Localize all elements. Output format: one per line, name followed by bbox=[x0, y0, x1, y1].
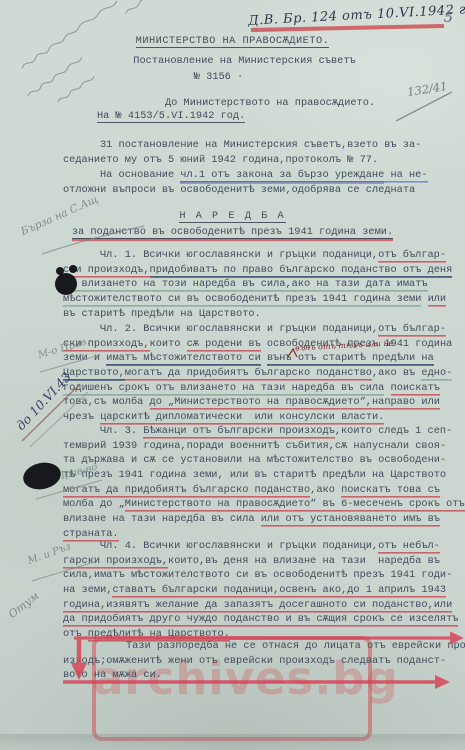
typed-text-segment: да придобиятъ друго чуждо поданство и въ… bbox=[63, 613, 458, 625]
typed-text-segment: Чл. 4. Всички югославянски и гръцки пода… bbox=[100, 540, 378, 552]
typed-paragraph: 31 постановление на Министерския съветъ,… bbox=[63, 138, 463, 167]
typed-text-segment: едно- bbox=[421, 367, 452, 379]
typed-text-segment: темврий 1939 година,поради военнитѣ съби… bbox=[63, 440, 446, 452]
gazette-handwritten-note: Д.В. Бр. 124 отъ 10.VI.1942 г. bbox=[248, 2, 465, 29]
typed-text-segment: ставатъ български поданици,освенъ ако,до… bbox=[112, 584, 446, 596]
typed-line: молба до „Министерството на правосѫдието… bbox=[63, 497, 463, 512]
typed-text-segment: царскитѣ дипломатически или консулски вл… bbox=[100, 411, 384, 423]
typed-text-segment: придобиватъ по право българско поданство… bbox=[150, 264, 453, 276]
document-page: archives.bg МИНИСТЕРСТВО НА ПРАВОСѪДИЕТО… bbox=[0, 0, 465, 750]
otum-margin-note: Отум bbox=[6, 589, 42, 621]
typed-text-segment: ,ако bbox=[310, 484, 341, 496]
typed-line: Чл. 1. Всички югославянски и гръцки пода… bbox=[63, 248, 463, 263]
typed-text-segment: на влизането на този наредба въ сила,ако… bbox=[63, 278, 428, 290]
typed-line: гарски произходъ,които,въ деня на влизан… bbox=[63, 554, 463, 569]
typed-line: седанието му отъ 5 юний 1942 година,прот… bbox=[63, 153, 463, 168]
typed-line: Чл. 2. Всички югославянски и гръцки пода… bbox=[63, 322, 463, 337]
typed-line: мѣстожителството си въ освободенитѣ през… bbox=[63, 292, 463, 307]
typed-text-segment: които,въ деня на влизане на тази наредба… bbox=[168, 555, 440, 567]
typed-text-segment: които bbox=[150, 338, 187, 350]
typed-line: чрезъ царскитѣ дипломатически или консул… bbox=[63, 410, 463, 425]
reference-text: На № 4153/5.VI.1942 год. bbox=[97, 110, 245, 122]
typed-text-segment: Министерството на правосѫдието“ въ 6-мес… bbox=[125, 498, 465, 510]
typed-line: Чл. 4. Всички югославянски и гръцки пода… bbox=[63, 539, 463, 554]
ministry-title-text: МИНИСТЕРСТВО НА ПРАВОСѪДИЕТО. bbox=[136, 35, 330, 47]
typed-line: Тази разпоредба не се отнася до лицата о… bbox=[63, 639, 463, 654]
typed-text-segment: ,които следъ 1 сеп- bbox=[335, 425, 452, 437]
typed-line: година,изявятъ желание да запазятъ досег… bbox=[63, 598, 463, 613]
typed-text-segment: Бѣжанци отъ български произходъ bbox=[143, 425, 335, 437]
typed-text-segment: отъ българ- bbox=[378, 323, 446, 335]
typed-text-segment: отложни въпроси въ освободенитѣ земи,одо… bbox=[63, 184, 415, 196]
typed-text-segment: отъ българ- bbox=[378, 249, 446, 261]
typed-line: та държава и сѫ се установили на мѣстожи… bbox=[63, 453, 463, 468]
typed-text-segment: сѫ родени въ bbox=[187, 338, 261, 350]
typed-line: сила,иматъ мѣстожителството си въ освобо… bbox=[63, 568, 463, 583]
typed-text-segment: сила,иматъ мѣстожителството си въ освобо… bbox=[63, 569, 452, 581]
typed-text-segment: чл.1 отъ закона за бързо уреждане bbox=[180, 169, 384, 181]
typed-text-segment bbox=[261, 352, 267, 364]
typed-text-segment: на земи, bbox=[63, 584, 112, 596]
typed-line: тѣ презъ 1941 година земи, или въ старит… bbox=[63, 468, 463, 483]
decree-number: № 3156 · bbox=[0, 71, 451, 83]
reference-line: На № 4153/5.VI.1942 год. bbox=[97, 110, 245, 122]
typed-line: На основание чл.1 отъ закона за бързо ур… bbox=[63, 168, 463, 183]
typed-text-segment: до „Министерството на правосѫдието“,напр… bbox=[150, 396, 440, 408]
typed-paragraph: Чл. 2. Всички югославянски и гръцки пода… bbox=[63, 322, 463, 425]
typed-text-segment bbox=[421, 293, 427, 305]
ministry-title: МИНИСТЕРСТВО НА ПРАВОСѪДИЕТО. bbox=[0, 35, 465, 47]
typed-text-segment: на не- bbox=[384, 169, 427, 181]
typed-line: на земи,ставатъ български поданици,освен… bbox=[63, 583, 463, 598]
naredba-heading-text: Н А Р Е Д Б А bbox=[179, 210, 285, 222]
scan-shadow-band bbox=[0, 734, 465, 750]
typed-text-segment: или отъ установяването имъ въ bbox=[261, 513, 440, 525]
typed-line: ски произходъ,които сѫ родени въ освобод… bbox=[63, 337, 463, 352]
typed-text-segment: страната. bbox=[63, 528, 119, 540]
typed-line: отложни въпроси въ освободенитѣ земи,одо… bbox=[63, 183, 463, 198]
typed-text-segment: отъ небъл- bbox=[378, 540, 440, 552]
typed-text-segment: въ старитѣ предѣли на Царството. bbox=[63, 308, 261, 320]
typed-text-segment: На основание bbox=[100, 169, 180, 181]
typed-text-segment: молба до „ bbox=[63, 498, 125, 510]
typed-line: Чл. 3. Бѣжанци отъ български произходъ,к… bbox=[63, 424, 463, 439]
typed-line: на влизането на този наредба въ сила,ако… bbox=[63, 277, 463, 292]
typed-text-segment: тѣ презъ 1941 година земи, или въ старит… bbox=[63, 469, 446, 481]
naredba-subtitle: за поданство въ освободенитѣ презъ 1941 … bbox=[0, 226, 465, 238]
typed-text-segment: могатъ да придобиятъ българско поданство bbox=[63, 484, 310, 496]
typed-text-segment: това,съ молба bbox=[63, 396, 150, 408]
typed-paragraph: Чл. 3. Бѣжанци отъ български произходъ,к… bbox=[63, 424, 463, 542]
typed-line: могатъ да придобиятъ българско поданство… bbox=[63, 483, 463, 498]
addressee-line: До Министерството на правосѫдието. bbox=[165, 97, 375, 109]
typed-line: годишенъ срокъ отъ влизането на тази нар… bbox=[63, 381, 463, 396]
typed-line: ски произходъ,придобиватъ по право бълга… bbox=[63, 263, 463, 278]
typed-text-segment: та държава и сѫ се установили на мѣстожи… bbox=[63, 454, 446, 466]
typed-text-segment: година,изявятъ желание да запазятъ досег… bbox=[63, 599, 452, 611]
typed-paragraph: Чл. 1. Всички югославянски и гръцки пода… bbox=[63, 248, 463, 321]
typed-line: влизане на тази наредба въ сила или отъ … bbox=[63, 512, 463, 527]
typed-line: въ старитѣ предѣли на Царството. bbox=[63, 307, 463, 322]
typed-text-segment: седанието му отъ 5 юний 1942 година,прот… bbox=[63, 154, 378, 166]
typed-text-segment: гарски произходъ, bbox=[63, 555, 168, 567]
typed-text-segment: Чл. 1. Всички югославянски и гръцки пода… bbox=[100, 249, 378, 261]
typed-text-segment: мѣстожителството си въ освободенитѣ през… bbox=[63, 293, 421, 305]
typed-text-segment: поискатъ това съ bbox=[341, 484, 440, 496]
typed-line: да придобиятъ друго чуждо поданство и въ… bbox=[63, 612, 463, 627]
typed-line: Царството,могатъ да придобиятъ българско… bbox=[63, 366, 463, 381]
typed-text-segment bbox=[384, 382, 390, 394]
typed-paragraph: На основание чл.1 отъ закона за бързо ур… bbox=[63, 168, 463, 197]
typed-text-segment: иматъ мѣстожителството си bbox=[106, 352, 260, 364]
typed-text-segment: изходъ;омѫженитѣ жени отъ еврейски произ… bbox=[63, 655, 446, 667]
typed-text-segment: 31 постановление на Министерския съветъ,… bbox=[100, 139, 421, 151]
typed-text-segment: годишенъ срокъ отъ влизането на тази нар… bbox=[63, 382, 384, 394]
decree-line: Постановление на Министерския съветъ bbox=[12, 55, 465, 67]
typed-line: земи и иматъ мѣстожителството си вънъ от… bbox=[63, 351, 463, 366]
typed-paragraph: Тази разпоредба не се отнася до лицата о… bbox=[63, 639, 463, 683]
typed-text-segment: могатъ да придобиятъ българско поданство bbox=[125, 367, 372, 379]
naredba-subtitle-text: за поданство въ освободенитѣ презъ 1941 … bbox=[72, 226, 393, 238]
typed-text-segment: земи и bbox=[63, 352, 106, 364]
typed-line: вото на мѫжа си. bbox=[63, 668, 463, 683]
typed-line: 31 постановление на Министерския съветъ,… bbox=[63, 138, 463, 153]
typed-text-segment: вънъ отъ старитѣ предѣли на bbox=[267, 352, 434, 364]
typed-text-segment: вото на мѫжа си. bbox=[63, 669, 162, 681]
typed-text-segment: чрезъ bbox=[63, 411, 100, 423]
typed-line: това,съ молба до „Министерството на прав… bbox=[63, 395, 463, 410]
typed-text-segment: или bbox=[428, 293, 447, 305]
typed-line: темврий 1939 година,поради военнитѣ съби… bbox=[63, 439, 463, 454]
typed-paragraph: Чл. 4. Всички югославянски и гръцки пода… bbox=[63, 539, 463, 642]
typed-line: изходъ;омѫженитѣ жени отъ еврейски произ… bbox=[63, 654, 463, 669]
typed-text-segment: влизане на тази наредба въ сила bbox=[63, 513, 261, 525]
typed-text-segment: поискатъ bbox=[391, 382, 440, 394]
typed-text-segment: Чл. 3. bbox=[100, 425, 143, 437]
typed-text-segment: Тази разпоредба не се отнася до лицата о… bbox=[126, 640, 465, 652]
typed-text-segment: ,ако въ bbox=[372, 367, 421, 379]
typed-text-segment: Чл. 2. Всички югославянски и гръцки пода… bbox=[100, 323, 378, 335]
corner-page-mark: 5 bbox=[443, 9, 454, 26]
typed-text-segment: ски произходъ, bbox=[63, 264, 150, 276]
